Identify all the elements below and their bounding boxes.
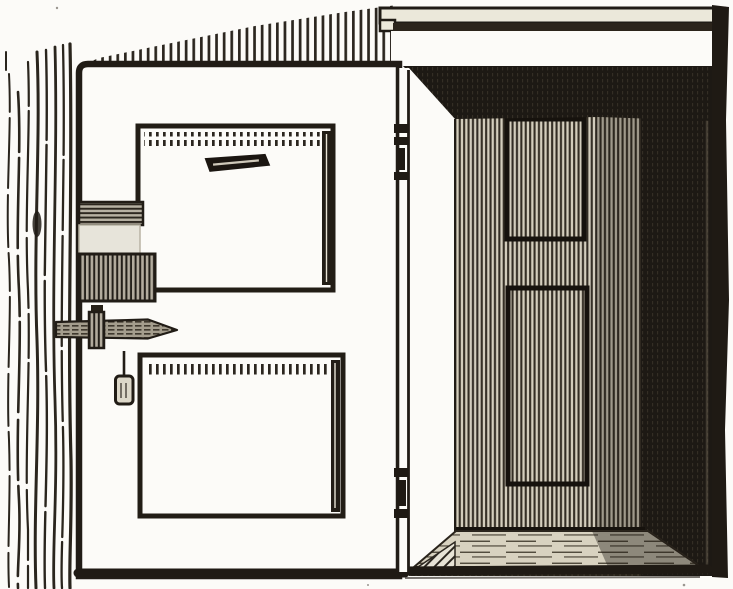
lock-block-bottom [79,254,155,301]
engraving-figure [0,0,733,589]
outer-door [56,64,409,576]
lock-block-middle [79,225,140,254]
cornice-board [380,8,724,23]
doorway-interior [400,63,716,578]
door-jamb-reveal [409,68,455,567]
latch-bar [56,320,177,339]
interior-side-wall [641,66,716,576]
inner-door-shade [596,110,641,532]
upper-door-panel [138,126,333,290]
cornice-end-cap [380,20,395,31]
lower-door-panel [140,355,343,516]
lintel [391,31,714,66]
cornice-shadow [393,23,715,31]
inner-door [452,110,645,534]
lower-panel-hatch-ticks [146,361,329,375]
lintel-assembly [380,8,724,66]
lock-block-top [79,202,143,225]
engraving-canvas [0,0,733,589]
upper-panel-hatch-ticks [144,132,326,146]
wall-knot [33,211,42,237]
latch-keeper [89,312,104,348]
